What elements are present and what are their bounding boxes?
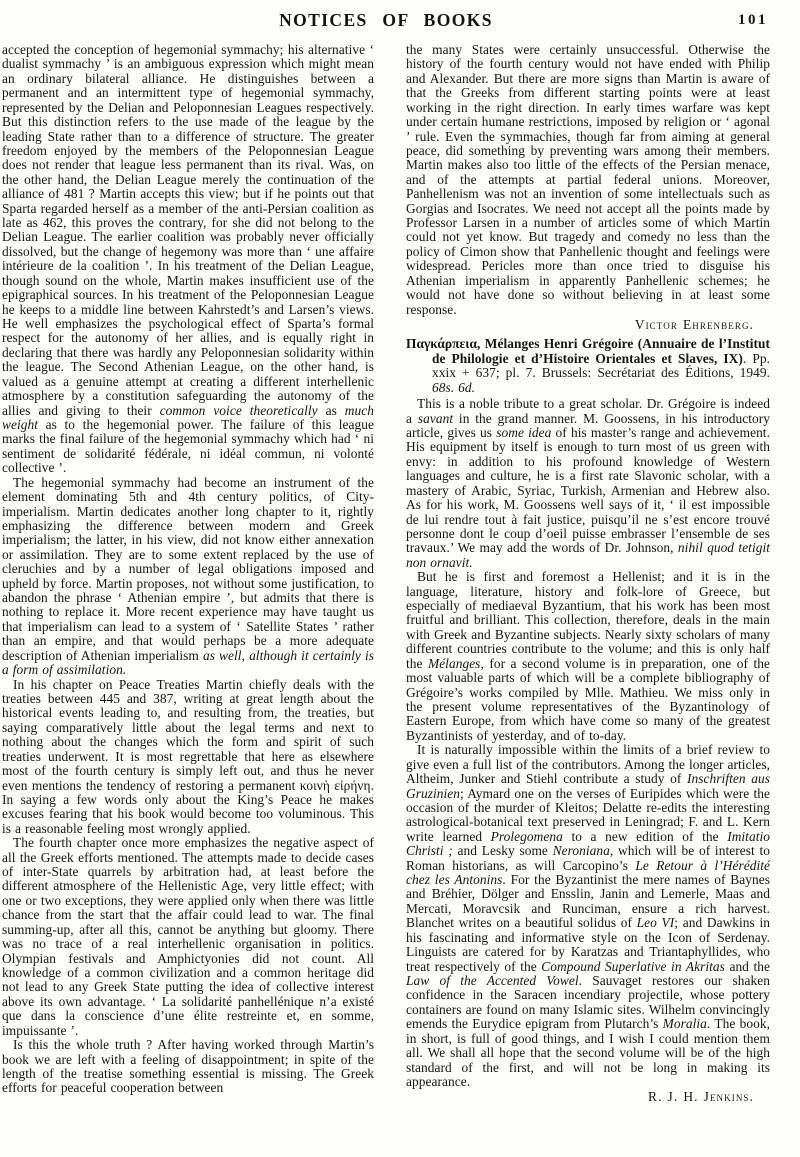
text-run: the many States were certainly unsuccess… — [406, 42, 770, 317]
paragraph: This is a noble tribute to a great schol… — [406, 397, 770, 570]
text-run: as to the hegemonial power. The failure … — [2, 417, 374, 475]
italic-run: some idea — [496, 425, 551, 440]
paragraph: The hegemonial symmachy had become an in… — [2, 476, 374, 678]
italic-run: Mélanges — [428, 656, 480, 671]
text-columns: accepted the conception of hegemonial sy… — [2, 43, 770, 1107]
text-run: The fourth chapter once more emphasizes … — [2, 835, 374, 1037]
bold-run: Παγκάρπεια — [406, 336, 477, 351]
italic-run: Compound Superlative in Akritas — [541, 959, 725, 974]
italic-run: Law of the Accented Vowel — [406, 973, 579, 988]
text-run: to a new edition of the — [563, 829, 727, 844]
italic-run: Leo VI — [637, 915, 675, 930]
text-run: In his chapter on Peace Treaties Martin … — [2, 677, 374, 793]
journal-page: NOTICES OF BOOKS 101 accepted the concep… — [0, 0, 800, 1107]
text-run: Is this the whole truth ? After having w… — [2, 1037, 374, 1095]
left-column: accepted the conception of hegemonial sy… — [2, 43, 374, 1107]
paragraph: But he is first and foremost a Hellenist… — [406, 570, 770, 743]
page-header: NOTICES OF BOOKS 101 — [2, 8, 770, 38]
paragraph: In his chapter on Peace Treaties Martin … — [2, 678, 374, 837]
text-run: The hegemonial symmachy had become an in… — [2, 475, 374, 663]
text-run: accepted the conception of hegemonial sy… — [2, 42, 374, 418]
italic-run: Moralia — [663, 1016, 707, 1031]
paragraph: accepted the conception of hegemonial sy… — [2, 43, 374, 476]
text-run: as — [318, 403, 345, 418]
italic-run: Neroniana — [553, 843, 610, 858]
italic-run: savant — [418, 411, 453, 426]
text-run: and Lesky some — [453, 843, 553, 858]
greek-run: κοινὴ εἰρήνη — [300, 778, 371, 793]
text-run: of his master’s range and achievement. H… — [406, 425, 770, 555]
reviewer-signature: R. J. H. Jenkins. — [406, 1090, 770, 1104]
bold-run: , Mélanges Henri Grégoire (Annuaire de l… — [432, 336, 770, 365]
italic-run: Prolegomena — [491, 829, 563, 844]
paragraph: the many States were certainly unsuccess… — [406, 43, 770, 317]
italic-run: 68s. 6d. — [432, 380, 475, 395]
paragraph: It is naturally impossible within the li… — [406, 743, 770, 1089]
page-number: 101 — [738, 12, 768, 29]
right-column: the many States were certainly unsuccess… — [406, 43, 770, 1107]
book-citation: Παγκάρπεια, Mélanges Henri Grégoire (Ann… — [406, 337, 770, 395]
page-title: NOTICES OF BOOKS — [2, 10, 770, 31]
reviewer-signature: Victor Ehrenberg. — [406, 318, 770, 332]
paragraph: The fourth chapter once more emphasizes … — [2, 836, 374, 1038]
paragraph: Is this the whole truth ? After having w… — [2, 1038, 374, 1096]
text-run: and the — [725, 959, 770, 974]
italic-run: common voice theoretically — [160, 403, 318, 418]
